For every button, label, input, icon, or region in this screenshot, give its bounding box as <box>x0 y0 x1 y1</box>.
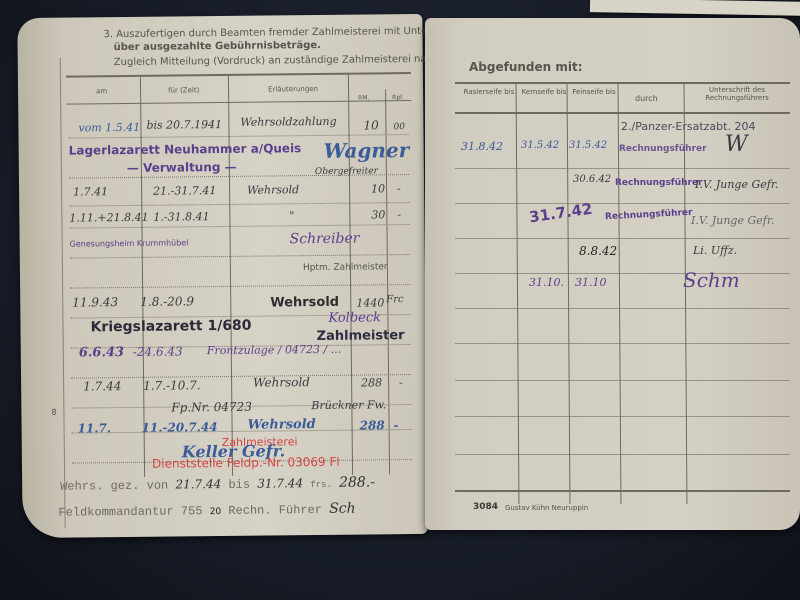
wehrs-from: 21.7.44 <box>175 477 221 491</box>
row1-am: vom 1.5.41 <box>78 121 140 135</box>
row3-rm: 30 <box>371 208 385 221</box>
zahlmeister-small-stamp: Hptm. Zahlmeister <box>303 262 388 273</box>
page-fold-line <box>60 58 66 528</box>
rechn-fuehrer-initial: Sch <box>329 501 356 517</box>
rrow1-kern: 31.5.42 <box>521 140 559 151</box>
row6-rpf: - <box>399 376 403 389</box>
row-rule <box>455 343 790 344</box>
wehrsold-stamp: Wehrsold <box>270 295 339 311</box>
left-page: 3. Auszufertigen durch Beamten fremder Z… <box>17 14 427 538</box>
instruction-line-1: 3. Auszufertigen durch Beamten fremder Z… <box>103 25 462 40</box>
genesungsheim-stamp: Genesungsheim Krummhübel <box>70 238 189 248</box>
lazarett-stamp-line2: — Verwaltung — <box>127 160 237 175</box>
row-rule <box>70 284 410 289</box>
row-rule <box>455 168 790 169</box>
lazarett-stamp-line1: Lagerlazarett Neuhammer a/Queis <box>69 141 302 157</box>
row2-text: Wehrsold <box>247 183 299 197</box>
margin-mark: 8 <box>51 408 56 417</box>
row2-rm: 10 <box>371 182 385 195</box>
row8-zeit: 11.-20.7.44 <box>142 420 218 435</box>
rrow5-fein: 31.10 <box>575 276 607 289</box>
row1-zeit: bis 20.7.1941 <box>146 118 222 132</box>
header-am: am <box>96 87 107 95</box>
header-rasierseife: Rasierseife bis <box>461 88 517 96</box>
zahlmeister-stamp: Zahlmeister <box>317 328 405 344</box>
footer-number: 3084 <box>473 502 498 512</box>
header-durch: durch <box>635 94 658 103</box>
footer-printer: Gustav Kühn Neuruppin <box>505 504 588 512</box>
wehrs-currency: frs. <box>310 480 332 490</box>
wehrs-line: Wehrs. gez. von 21.7.44 bis 31.7.44 frs.… <box>60 474 375 493</box>
rrow1-durch: Rechnungsführer <box>619 144 707 154</box>
table-top-rule <box>66 72 411 78</box>
row3-zeit: 1.-31.8.41 <box>153 210 209 224</box>
row1-rpf: 00 <box>393 122 405 132</box>
row-rule <box>69 224 409 229</box>
row2-am: 1.7.41 <box>73 185 108 198</box>
header-rm: RM. <box>358 94 369 101</box>
row4-rm: 1440 <box>356 296 384 309</box>
rrow2-durch: Rechnungsführer <box>615 178 703 188</box>
row2-rpf: - <box>397 182 401 195</box>
row8-text: Wehrsold <box>247 417 315 433</box>
zahlmeisterei-red-stamp-line2: Dienststelle Feldp.-Nr. 03069 Fl <box>152 455 340 471</box>
header-unterschrift: Unterschrift des Rechnungsführers <box>689 86 785 102</box>
row-rule <box>71 374 411 379</box>
rrow1-sig: W <box>725 132 748 157</box>
rrow2-fein: 30.6.42 <box>573 174 611 185</box>
row3-rpf: - <box>397 208 401 221</box>
row-rule <box>455 203 790 204</box>
header-fuer-zeit: für (Zeit) <box>168 86 199 94</box>
table-bottom-rule <box>455 490 790 492</box>
row5-zeit: -24.6.43 <box>133 344 183 359</box>
kriegslazarett-stamp: Kriegslazarett 1/680 <box>90 318 251 336</box>
row3-text: " <box>289 209 294 222</box>
page-number: 20 <box>210 507 222 517</box>
signature-brueckner: Brückner Fw. <box>311 398 386 412</box>
row-rule <box>455 238 790 239</box>
signature-wagner-title: Obergefreiter <box>315 166 378 177</box>
rrow2-sig: I.V. Junge Gefr. <box>695 178 778 191</box>
wehrs-to: 31.7.44 <box>257 476 303 490</box>
row6-rm: 288 <box>361 376 382 389</box>
row5-am: 6.6.43 <box>79 345 124 360</box>
wehrs-bis-label: bis <box>228 478 250 492</box>
rrow4-sig: Li. Uffz. <box>693 244 737 257</box>
row1-text: Wehrsoldzahlung <box>240 115 336 129</box>
row6-zeit: 1.7.-10.7. <box>143 378 201 393</box>
feldkommandantur-line: Feldkommandantur 755 20 Rechn. Führer Sc… <box>58 501 355 520</box>
row8-am: 11.7. <box>78 421 112 435</box>
row4-zeit: 1.8.-20.9 <box>140 294 194 309</box>
feldkommandantur-stamp: Feldkommandantur 755 <box>58 504 202 520</box>
row-rule <box>455 308 790 309</box>
instruction-line-3: Zugleich Mitteilung (Vordruck) an zustän… <box>114 54 452 69</box>
signature-schreiber: Schreiber <box>290 231 360 248</box>
table-top-rule <box>455 82 790 84</box>
header-erlaeuterungen: Erläuterungen <box>268 85 318 94</box>
row4-rpf: Frc <box>386 294 403 305</box>
rrow5-kern: 31.10. <box>529 276 564 289</box>
header-rpf: Rpf. <box>392 94 404 101</box>
row8-rm: 288 <box>360 418 385 432</box>
rrow3-sig: I.V. Junge Gefr. <box>691 214 774 227</box>
row5-text: Frontzulage / 04723 / ... <box>207 343 342 357</box>
right-page-title: Abgefunden mit: <box>469 60 583 74</box>
row-rule <box>455 380 790 381</box>
header-kernseife: Kernseife bis <box>521 88 567 96</box>
row-rule <box>69 202 409 207</box>
wehrs-amount: 288.- <box>339 474 375 490</box>
signature-wagner: Wagner <box>324 138 410 163</box>
rechn-fuehrer-label: Rechn. Führer <box>228 503 322 518</box>
row-rule <box>455 273 790 274</box>
instruction-line-2: über ausgezahlte Gebührnisbeträge. <box>114 40 321 53</box>
row8-rpf: - <box>393 418 398 432</box>
row2-zeit: 21.-31.7.41 <box>153 184 216 198</box>
rrow5-sig: Schm <box>683 268 740 292</box>
row4-am: 11.9.43 <box>72 295 118 309</box>
rrow1-rasier: 31.8.42 <box>461 140 503 153</box>
right-page: Abgefunden mit: Rasierseife bis Kernseif… <box>425 18 800 530</box>
row-rule <box>455 416 790 417</box>
table-header-rule <box>455 112 790 114</box>
row6-text: Wehrsold <box>253 375 310 390</box>
signature-kolbeck: Kolbeck <box>328 310 381 326</box>
header-feinseife: Feinseife bis <box>571 88 617 96</box>
row-rule <box>455 454 790 455</box>
row1-rm: 10 <box>363 118 378 132</box>
rrow1-fein: 31.5.42 <box>569 140 607 151</box>
col-divider-1 <box>516 84 520 504</box>
wehrs-label: Wehrs. gez. von <box>60 479 168 494</box>
rrow4-fein: 8.8.42 <box>579 244 617 258</box>
row-rule <box>70 254 410 259</box>
row7-zeit: Fp.Nr. 04723 <box>171 400 252 415</box>
row3-am: 1.11.+21.8.41 <box>69 211 148 225</box>
row6-am: 1.7.44 <box>83 379 121 393</box>
